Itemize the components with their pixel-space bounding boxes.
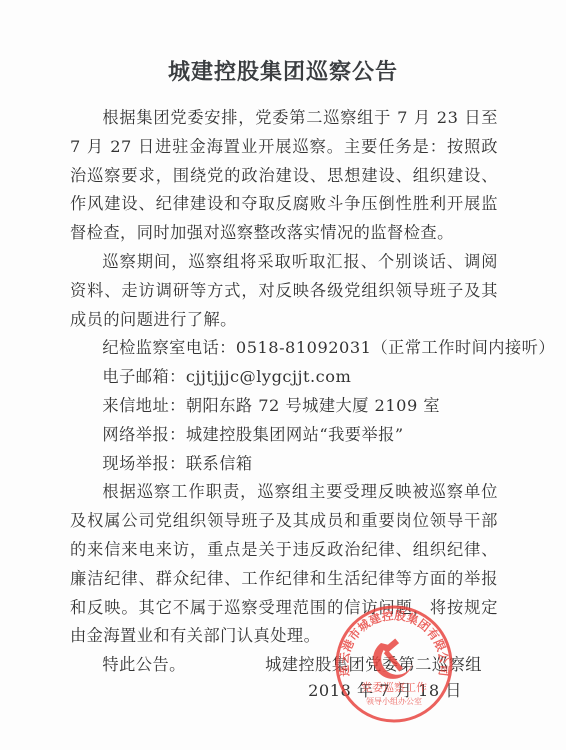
paragraph-inspection-methods: 巡察期间，巡察组将采取听取汇报、个别谈话、调阅资料、走访调研等方式，对反映各级党… <box>70 248 498 334</box>
contact-online-report-label: 网络举报： <box>102 425 185 444</box>
contact-onsite-report-value: 联系信箱 <box>186 454 253 473</box>
document-title: 城建控股集团巡察公告 <box>0 55 566 86</box>
signature-date: 2018 年 7 月 18 日 <box>262 678 482 704</box>
signature-block: 城建控股集团党委第二巡察组 2018 年 7 月 18 日 <box>262 652 482 704</box>
contact-onsite-report-label: 现场举报： <box>102 454 185 473</box>
contact-email: 电子邮箱：cjjtjjjc@lygcjjt.com <box>70 363 498 392</box>
paragraph-acceptance-scope: 根据巡察工作职责，巡察组主要受理反映被巡察单位及权属公司党组织领导班子及其成员和… <box>70 478 498 651</box>
contact-email-label: 电子邮箱： <box>102 367 185 386</box>
contact-phone-label: 纪检监察室电话： <box>102 338 236 357</box>
document-page: 城建控股集团巡察公告 根据集团党委安排，党委第二巡察组于 7 月 23 日至 7… <box>0 0 566 750</box>
contact-onsite-report: 现场举报：联系信箱 <box>70 450 498 479</box>
contact-online-report: 网络举报：城建控股集团网站“我要举报” <box>70 421 498 450</box>
contact-phone: 纪检监察室电话：0518-81092031（正常工作时间内接听） <box>70 334 498 363</box>
contact-address-label: 来信地址： <box>102 396 185 415</box>
contact-address: 来信地址：朝阳东路 72 号城建大厦 2109 室 <box>70 392 498 421</box>
paragraph-inspection-arrangement: 根据集团党委安排，党委第二巡察组于 7 月 23 日至 7 月 27 日进驻金海… <box>70 104 498 248</box>
contact-online-report-value: 城建控股集团网站“我要举报” <box>186 425 404 444</box>
contact-phone-value: 0518-81092031（正常工作时间内接听） <box>236 338 555 357</box>
signature-organization: 城建控股集团党委第二巡察组 <box>262 652 482 678</box>
contact-email-value: cjjtjjjc@lygcjjt.com <box>186 367 352 386</box>
contact-address-value: 朝阳东路 72 号城建大厦 2109 室 <box>186 396 440 415</box>
document-body: 根据集团党委安排，党委第二巡察组于 7 月 23 日至 7 月 27 日进驻金海… <box>70 104 498 680</box>
